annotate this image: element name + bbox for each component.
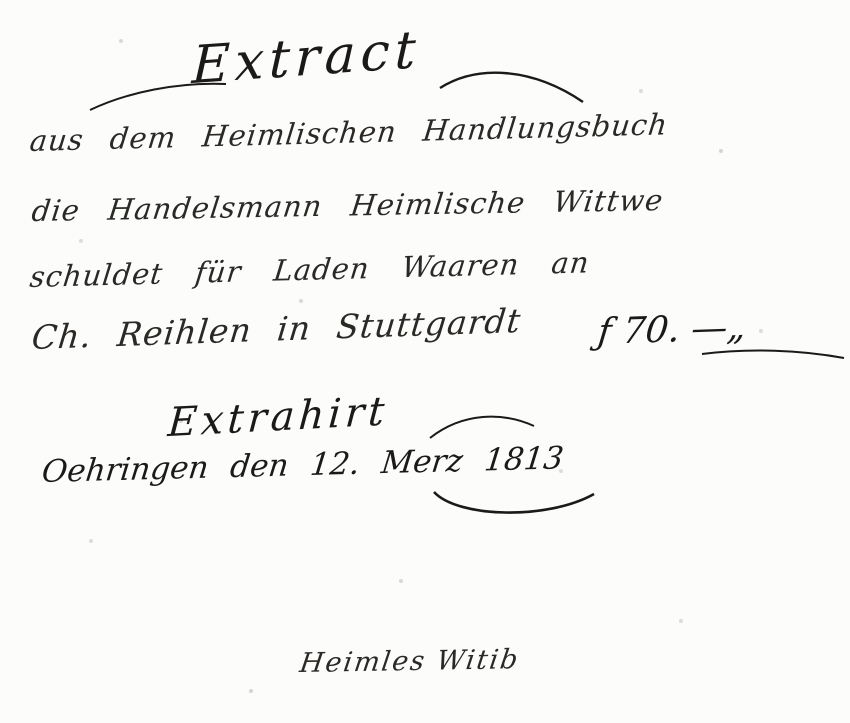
body-line-2: die Handelsmann Heimlische Wittwe (30, 183, 666, 228)
scanned-document-page: Extract aus dem Heimlischen Handlungsbuc… (0, 0, 850, 723)
subheading-extrahirt: Extrahirt (166, 388, 389, 446)
body-line-4: Ch. Reihlen in Stuttgardt (30, 301, 523, 357)
signature: Heimles Witib (298, 644, 522, 679)
body-line-3: schuldet für Laden Waaren an (28, 245, 591, 294)
title-tail-flourish (438, 62, 588, 112)
body-line-1: aus dem Heimlischen Handlungsbuch (28, 107, 670, 158)
amount-florins: ƒ 70. —„ (596, 307, 748, 353)
scan-speckles (0, 0, 2, 2)
date-underline-flourish (428, 488, 598, 522)
document-title: Extract (191, 20, 422, 96)
dateline: Oehringen den 12. Merz 1813 (40, 440, 566, 490)
